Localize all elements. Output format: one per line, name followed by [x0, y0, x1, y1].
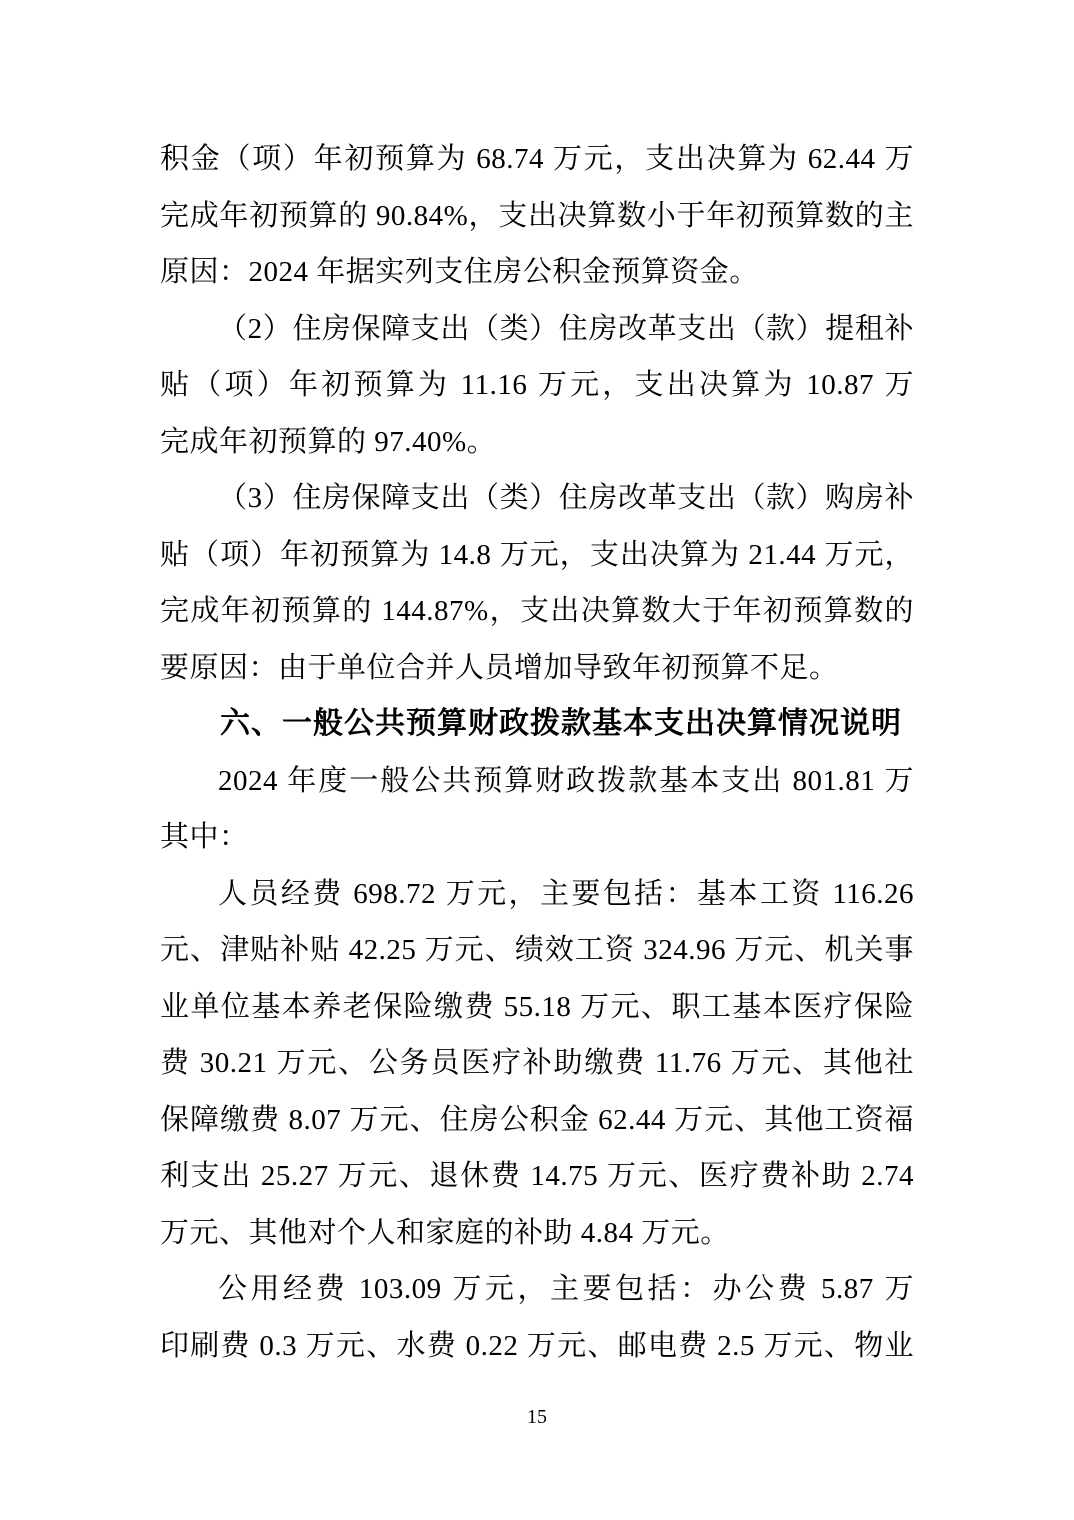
text-line: 积金（项）年初预算为 68.74 万元，支出决算为 62.44 万元，	[160, 131, 914, 188]
text-line: 完成年初预算的 144.87%，支出决算数大于年初预算数的主	[160, 583, 914, 640]
text-line: 要原因：由于单位合并人员增加导致年初预算不足。	[160, 640, 914, 697]
text-line: 万元、其他对个人和家庭的补助 4.84 万元。	[160, 1205, 914, 1262]
text-line: （3）住房保障支出（类）住房改革支出（款）购房补	[160, 470, 914, 527]
text-line: 2024 年度一般公共预算财政拨款基本支出 801.81 万元，	[160, 753, 914, 810]
text-line: 公用经费 103.09 万元，主要包括：办公费 5.87 万元、	[160, 1261, 914, 1318]
document-body: 积金（项）年初预算为 68.74 万元，支出决算为 62.44 万元， 完成年初…	[160, 131, 914, 1374]
text-line: 原因：2024 年据实列支住房公积金预算资金。	[160, 244, 914, 301]
document-page: 积金（项）年初预算为 68.74 万元，支出决算为 62.44 万元， 完成年初…	[0, 0, 1074, 1520]
text-line: 完成年初预算的 97.40%。	[160, 414, 914, 471]
text-line: （2）住房保障支出（类）住房改革支出（款）提租补	[160, 301, 914, 358]
text-line: 保障缴费 8.07 万元、住房公积金 62.44 万元、其他工资福	[160, 1092, 914, 1149]
text-line: 利支出 25.27 万元、退休费 14.75 万元、医疗费补助 2.74	[160, 1148, 914, 1205]
text-line: 其中：	[160, 809, 914, 866]
text-line: 人员经费 698.72 万元，主要包括：基本工资 116.26 万	[160, 866, 914, 923]
page-number: 15	[0, 1405, 1074, 1429]
text-line: 贴（项）年初预算为 14.8 万元，支出决算为 21.44 万元，	[160, 527, 914, 584]
text-line: 业单位基本养老保险缴费 55.18 万元、职工基本医疗保险缴	[160, 979, 914, 1036]
text-line: 费 30.21 万元、公务员医疗补助缴费 11.76 万元、其他社会	[160, 1035, 914, 1092]
text-line: 元、津贴补贴 42.25 万元、绩效工资 324.96 万元、机关事	[160, 922, 914, 979]
text-line: 贴（项）年初预算为 11.16 万元，支出决算为 10.87 万元，	[160, 357, 914, 414]
section-heading: 六、一般公共预算财政拨款基本支出决算情况说明	[160, 696, 914, 753]
text-line: 印刷费 0.3 万元、水费 0.22 万元、邮电费 2.5 万元、物业	[160, 1318, 914, 1375]
text-line: 完成年初预算的 90.84%，支出决算数小于年初预算数的主要	[160, 188, 914, 245]
